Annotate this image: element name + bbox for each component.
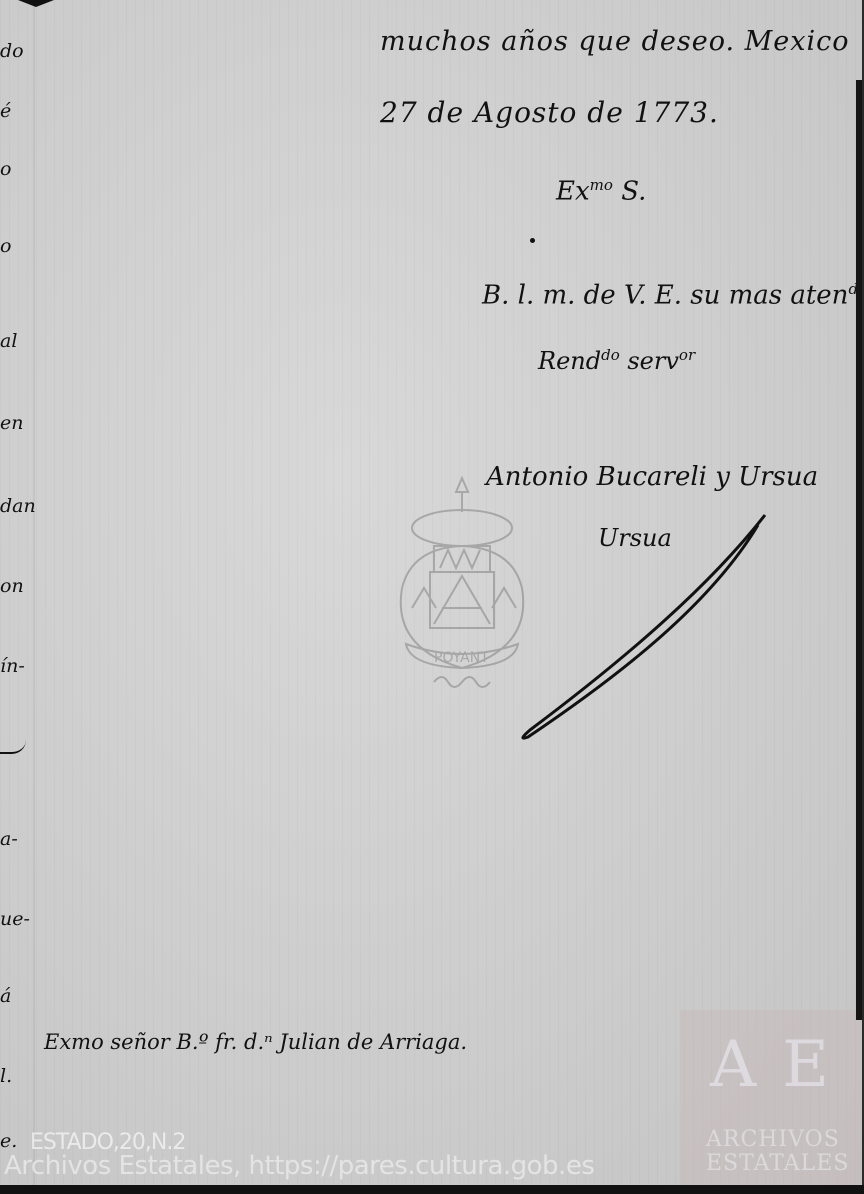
signature-text: Rend [538, 347, 601, 375]
margin-fragment: dan [0, 495, 36, 517]
signature-line-2: Renddo servor [538, 346, 695, 375]
manuscript-page: doéooalendanonín-a-ue-ál.e. muchos años … [0, 0, 862, 1185]
date-line: 27 de Agosto de 1773. [380, 96, 719, 129]
margin-fragment: al [0, 330, 17, 352]
ink-dot [530, 238, 535, 243]
archive-logo-letters: AE [710, 1028, 855, 1102]
signature-text: B. l. m. de V. E. su mas aten [482, 281, 848, 311]
svg-text:POYANT: POYANT [434, 650, 489, 666]
margin-fragment: a- [0, 828, 18, 850]
margin-fragment: ue- [0, 908, 30, 930]
signature-tail-superscript: or [679, 346, 695, 364]
closing-base: Ex [556, 177, 590, 207]
margin-fragment: á [0, 985, 11, 1007]
source-credit: Archivos Estatales, https://pares.cultur… [4, 1151, 594, 1181]
margin-fragment: on [0, 575, 24, 597]
recipient-line: Exmo señor B.º fr. d.ⁿ Julian de Arriaga… [44, 1030, 467, 1054]
archive-logo-name-line: ESTATALES [706, 1152, 849, 1176]
signatory-name: Antonio Bucareli y Ursua [486, 462, 818, 492]
margin-fragment: e. [0, 1130, 17, 1152]
page-notch [18, 0, 54, 7]
margin-fragment: do [0, 40, 24, 62]
archive-logo: AE ARCHIVOS ESTATALES [680, 1010, 862, 1185]
closing-superscript: mo [590, 176, 613, 194]
margin-fragment: ín- [0, 655, 25, 677]
signature-tail: serv [620, 347, 679, 375]
page-fold [33, 0, 35, 1185]
closing-salutation: Exmo S. [556, 176, 646, 207]
closing-tail: S. [621, 177, 646, 207]
margin-fragment: l. [0, 1065, 12, 1087]
scan-border [0, 1185, 864, 1194]
margin-fragment: é [0, 100, 11, 122]
margin-fragment: en [0, 412, 23, 434]
page-edge [856, 80, 862, 1020]
signature-superscript: do [601, 346, 620, 364]
body-line: muchos años que deseo. Mexico [380, 26, 850, 57]
archive-logo-name-line: ARCHIVOS [706, 1128, 849, 1152]
archive-logo-name: ARCHIVOS ESTATALES [706, 1128, 849, 1176]
margin-fragment: o [0, 158, 11, 180]
signature-line-1: B. l. m. de V. E. su mas atendo [482, 280, 862, 311]
margin-fragment: o [0, 235, 11, 257]
margin-fragment [0, 740, 26, 754]
signature-flourish-icon [510, 505, 780, 745]
